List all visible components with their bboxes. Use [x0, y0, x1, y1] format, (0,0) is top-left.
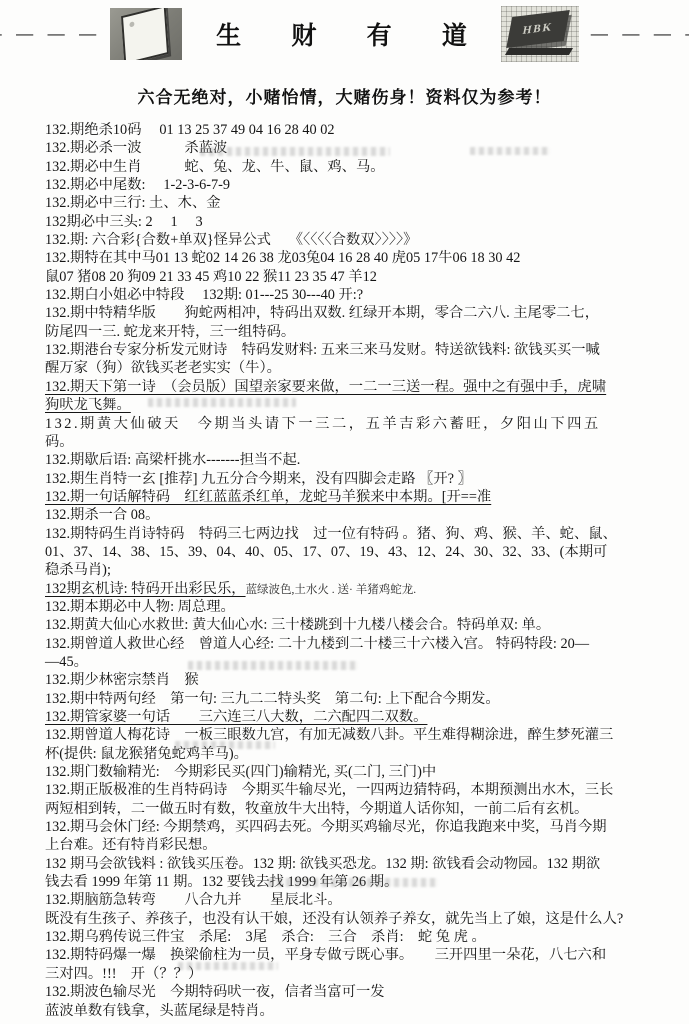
line-text: 132.期脑筋急转弯 八合九并 星辰北斗。 [45, 892, 342, 908]
text-line: 132.期港台专家分析发元财诗 特码发财料: 五来三来马发财。特送欲钱料: 欲钱… [45, 341, 665, 359]
line-text: 蓝波单数有钱拿，头蓝尾绿是特肖。 [45, 1003, 274, 1019]
text-line: 01、37、14、38、15、39、04、40、05、17、07、19、43、1… [45, 543, 665, 561]
text-line: 稳杀马肖); [45, 561, 665, 579]
text-line: 码。 [45, 433, 665, 451]
tilted-sheet [121, 8, 169, 60]
faded-watermark [178, 962, 278, 970]
line-text: 132.期本期必中人物: 周总理。 [45, 599, 235, 615]
text-line: 132.期管家婆一句话 三六连三八大数，二六配四二双数。 [45, 708, 665, 726]
text-line: 132.期乌鸦传说三件宝 杀尾: 3尾 杀合: 三合 杀肖: 蛇 兔 虎 。 [45, 928, 665, 946]
text-line: 132.期: 六合彩{合数+单双}怪异公式 《〈〈〈〈合数双〉〉〉〉》 [45, 231, 665, 249]
line-text: 132.期必中尾数: 1-2-3-6-7-9 [45, 177, 230, 193]
line-text: 防尾四一三. 蛇龙来开特，三一组特码。 [45, 324, 295, 340]
text-line: 132.期波色输尽光 今期特码吠一夜，信者当富可一发 [45, 983, 665, 1001]
text-line: 132.期天下第一诗 （会员版）国望亲家要来做，一二一三送一程。强中之有强中手，… [45, 378, 665, 396]
line-text: 132.期黄大仙破天 今期当头请下一三二，五羊吉彩六蓄旺，夕阳山下四五 [45, 416, 601, 432]
text-line: 132期必中三头: 2 1 3 [45, 213, 665, 231]
text-line: 132.期特码爆一爆 换梁偷柱为一员，平身专做亏既心事。 三开四里一朵花，八七六… [45, 946, 665, 964]
line-text: 132.期管家婆一句话 三六连三八大数，二六配四二双数。 [45, 709, 427, 725]
text-line: 132.期生肖特一玄 [推荐] 九五分合今期来，没有四脚会走路 〖开? 〗 [45, 470, 665, 488]
text-line: 132.期白小姐必中特段 132期: 01---25 30---40 开:? [45, 286, 665, 304]
faded-watermark [470, 147, 550, 155]
line-text: 132.期杀一合 08。 [45, 507, 159, 523]
text-line: 132.期绝杀10码 01 13 25 37 49 04 16 28 40 02 [45, 121, 665, 139]
text-line: 132.期少林密宗禁肖 猴 [45, 671, 665, 689]
header-dashes-right: — — — — — [591, 24, 689, 44]
text-line: 132.期本期必中人物: 周总理。 [45, 598, 665, 616]
line-text: 132.期黄大仙心水救世: 黄大仙心水: 三十楼跳到十九楼八楼会合。特码单双: … [45, 617, 550, 633]
notebook-photo [110, 8, 182, 60]
text-line: 132.期特码生肖诗特码 特码三七两边找 过一位有特码 。猪、狗、鸡、猴、羊、蛇… [45, 525, 665, 543]
text-line: 132.期曾道人梅花诗 一板三眼数九宫，有加无减数八卦。平生难得糊涂进，醉生梦死… [45, 726, 665, 744]
line-text: 两短相到转，二一做五时有数，牧童放牛大出特，今期道人话你知，一前二后有玄机。 [45, 801, 588, 817]
line-text: 码。 [45, 434, 74, 450]
faded-watermark [200, 147, 390, 156]
disclaimer-slogan: 六合无绝对，小赌怡情，大赌伤身！资料仅为参考！ [0, 83, 689, 108]
line-text: 鼠07 猪08 20 狗09 21 33 45 鸡10 22 猴11 23 35… [45, 269, 377, 285]
line-text: 132.期特在其中马01 13 蛇02 14 26 38 龙03兔04 16 2… [45, 250, 520, 266]
text-line: 蓝波单数有钱拿，头蓝尾绿是特肖。 [45, 1002, 665, 1020]
line-text: 醒万家（狗）欲钱买老老实实（牛）。 [45, 360, 281, 376]
line-text: 132.期天下第一诗 （会员版）国望亲家要来做，一二一三送一程。强中之有强中手，… [45, 379, 606, 395]
line-text: 132.期少林密宗禁肖 猴 [45, 672, 199, 688]
line-text: 132.期白小姐必中特段 132期: 01---25 30---40 开:? [45, 287, 363, 303]
line-text: 既没有生孩子、养孩子，也没有认干娘，还没有认领养子养女，就先当上了娘，这是什么人… [45, 911, 623, 927]
text-line: 醒万家（狗）欲钱买老老实实（牛）。 [45, 359, 665, 377]
line-text: 稳杀马肖); [45, 562, 111, 578]
text-line: 鼠07 猪08 20 狗09 21 33 45 鸡10 22 猴11 23 35… [45, 268, 665, 286]
text-line: 132.期马会休门经: 今期禁鸡，买四码去死。今期买鸡输尽光，你追我跑来中奖，马… [45, 818, 665, 836]
text-line: 132.期必中三行: 土、木、金 [45, 194, 665, 212]
line-text: 132.期必中三行: 土、木、金 [45, 195, 221, 211]
line-text: 132.期绝杀10码 01 13 25 37 49 04 16 28 40 02 [45, 122, 335, 138]
text-line: 132.期黄大仙破天 今期当头请下一三二，五羊吉彩六蓄旺，夕阳山下四五 [45, 415, 665, 433]
text-line: 132.期一句话解特码 红红蓝蓝杀红单，龙蛇马羊猴来中本期。[开==准 [45, 488, 665, 506]
line-text: 狗吠龙飞舞。 [45, 397, 131, 413]
text-line: 杯(提供: 鼠龙猴猪兔蛇鸡羊马)。 [45, 745, 665, 763]
text-line: 132.期特在其中马01 13 蛇02 14 26 38 龙03兔04 16 2… [45, 249, 665, 267]
book-photo: HBK [501, 6, 579, 62]
line-text: 132.期特码生肖诗特码 特码三七两边找 过一位有特码 。猪、狗、鸡、猴、羊、蛇… [45, 526, 617, 542]
line-small-text: 蓝绿波色,土水火 . 送· 羊猪鸡蛇龙. [246, 584, 417, 596]
line-text: 132.期特码爆一爆 换梁偷柱为一员，平身专做亏既心事。 三开四里一朵花，八七六… [45, 947, 606, 963]
line-text: 01、37、14、38、15、39、04、40、05、17、07、19、43、1… [45, 544, 607, 560]
text-line: 132.期正版极准的生肖特码诗 今期买牛输尽光，一四两边猜特码，本期预测出水木，… [45, 781, 665, 799]
faded-watermark [175, 741, 275, 749]
text-line: 132.期歇后语: 高梁杆挑水-------担当不起. [45, 451, 665, 469]
text-line: 132.期必中生肖 蛇、兔、龙、牛、鼠、鸡、马。 [45, 158, 665, 176]
line-text: 132期必中三头: 2 1 3 [45, 214, 203, 230]
line-text: 132.期中特两句经 第一句: 三九二二特头奖 第二句: 上下配合今期发。 [45, 691, 500, 707]
book-shadow [505, 48, 573, 55]
text-line: 狗吠龙飞舞。 [45, 396, 665, 414]
line-text: 132.期中特精华版 狗蛇两相冲，特码出双数. 红绿开本期，零合二六八. 主尾零… [45, 305, 599, 321]
line-text: 132.期乌鸦传说三件宝 杀尾: 3尾 杀合: 三合 杀肖: 蛇 兔 虎 。 [45, 929, 486, 945]
text-line: 132.期脑筋急转弯 八合九并 星辰北斗。 [45, 891, 665, 909]
line-text: 132.期港台专家分析发元财诗 特码发财料: 五来三来马发财。特送欲钱料: 欲钱… [45, 342, 600, 358]
page-header: — — — — — 生 财 有 道 HBK — — — — — [0, 4, 689, 64]
text-line: 防尾四一三. 蛇龙来开特，三一组特码。 [45, 323, 665, 341]
header-dashes-left: — — — — — [0, 24, 98, 44]
line-text: 132.期门数输精光: 今期彩民买(四门)输精光, 买(二门, 三门)中 [45, 764, 436, 780]
line-text: 132.期歇后语: 高梁杆挑水-------担当不起. [45, 452, 300, 468]
text-line: 132.期必中尾数: 1-2-3-6-7-9 [45, 176, 665, 194]
text-line: 132.期中特两句经 第一句: 三九二二特头奖 第二句: 上下配合今期发。 [45, 690, 665, 708]
scanned-tip-sheet-page: — — — — — 生 财 有 道 HBK — — — — — 六合无绝对，小赌… [0, 0, 689, 1024]
text-line: 132.期曾道人救世心经 曾道人心经: 二十九楼到二十楼三十六楼入宫。 特码特段… [45, 635, 665, 653]
text-line: 132.期门数输精光: 今期彩民买(四门)输精光, 买(二门, 三门)中 [45, 763, 665, 781]
text-line: 两短相到转，二一做五时有数，牧童放牛大出特，今期道人话你知，一前二后有玄机。 [45, 800, 665, 818]
line-text: 132.期波色输尽光 今期特码吠一夜，信者当富可一发 [45, 984, 385, 1000]
line-text: 132.期一句话解特码 红红蓝蓝杀红单，龙蛇马羊猴来中本期。[开==准 [45, 489, 491, 505]
text-line: 既没有生孩子、养孩子，也没有认干娘，还没有认领养子养女，就先当上了娘，这是什么人… [45, 910, 665, 928]
line-text: 132.期正版极准的生肖特码诗 今期买牛输尽光，一四两边猜特码，本期预测出水木，… [45, 782, 613, 798]
line-text: 132.期马会休门经: 今期禁鸡，买四码去死。今期买鸡输尽光，你追我跑来中奖，马… [45, 819, 607, 835]
text-line: 132期玄机诗: 特码开出彩民乐，蓝绿波色,土水火 . 送· 羊猪鸡蛇龙. [45, 580, 665, 598]
text-line: 上台难。还有特肖彩民想。 [45, 836, 665, 854]
line-text: 132 期马会欲钱料 : 欲钱买压卷。132 期: 欲钱买恐龙。132 期: 欲… [45, 856, 600, 872]
line-text: 132.期: 六合彩{合数+单双}怪异公式 《〈〈〈〈合数双〉〉〉〉》 [45, 232, 417, 248]
text-line: 132.期中特精华版 狗蛇两相冲，特码出双数. 红绿开本期，零合二六八. 主尾零… [45, 304, 665, 322]
page-title: 生 财 有 道 [194, 16, 489, 52]
faded-watermark [268, 878, 438, 887]
line-text: 132.期必中生肖 蛇、兔、龙、牛、鼠、鸡、马。 [45, 159, 385, 175]
text-line: 132 期马会欲钱料 : 欲钱买压卷。132 期: 欲钱买恐龙。132 期: 欲… [45, 855, 665, 873]
faded-watermark [148, 398, 296, 407]
line-text: 132.期曾道人救世心经 曾道人心经: 二十九楼到二十楼三十六楼入宫。 特码特段… [45, 636, 589, 652]
line-text: —45。 [45, 654, 88, 670]
line-text: 上台难。还有特肖彩民想。 [45, 837, 217, 853]
line-text: 132.期生肖特一玄 [推荐] 九五分合今期来，没有四脚会走路 〖开? 〗 [45, 471, 472, 487]
faded-watermark [188, 661, 358, 670]
line-text: 132期玄机诗: 特码开出彩民乐， [45, 581, 246, 597]
text-line: 132.期黄大仙心水救世: 黄大仙心水: 三十楼跳到十九楼八楼会合。特码单双: … [45, 616, 665, 634]
book-cover: HBK [506, 10, 570, 48]
text-line: 三对四。!!! 开（？？） [45, 965, 665, 983]
text-line: 132.期杀一合 08。 [45, 506, 665, 524]
line-text: 132.期曾道人梅花诗 一板三眼数九宫，有加无减数八卦。平生难得糊涂进，醉生梦死… [45, 727, 613, 743]
